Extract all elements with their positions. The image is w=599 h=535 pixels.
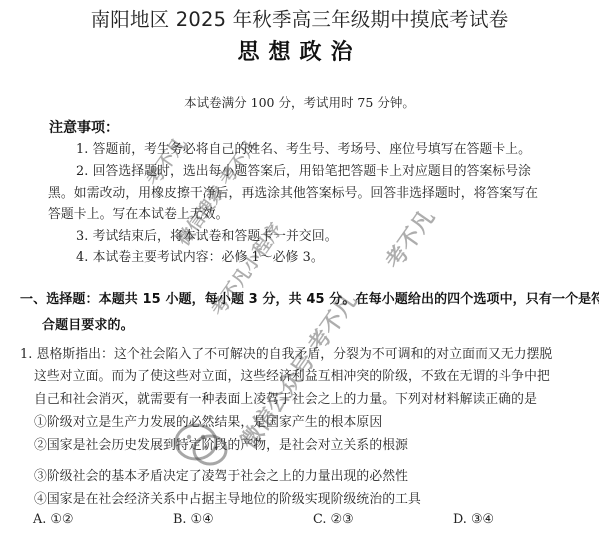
watermark-4: 考不凡 — [377, 203, 440, 275]
score-info: 本试卷满分 100 分，考试用时 75 分钟。 — [0, 93, 599, 111]
statement-4: ④国家是在社会经济关系中占据主导地位的阶级实现阶级统治的工具 — [34, 488, 421, 507]
option-c[interactable]: C. ②③ — [313, 512, 353, 527]
option-b[interactable]: B. ①④ — [173, 512, 213, 527]
question-stem-line-1: 1. 恩格斯指出：这个社会陷入了不可解决的自我矛盾，分裂为不可调和的对立面而又无… — [20, 343, 552, 362]
option-a[interactable]: A. ①② — [33, 512, 73, 527]
notice-line-6: 4. 本试卷主要考试内容：必修 1～必修 3。 — [76, 246, 324, 265]
statement-3: ③阶级社会的基本矛盾决定了凌驾于社会之上的力量出现的必然性 — [34, 465, 408, 484]
option-d[interactable]: D. ③④ — [453, 512, 494, 527]
statement-1: ①阶级对立是生产力发展的必然结果，是国家产生的根本原因 — [34, 411, 382, 430]
statement-2: ②国家是社会历史发展到特定阶段的产物，是社会对立关系的根源 — [34, 434, 408, 453]
exam-title: 南阳地区 2025 年秋季高三年级期中摸底考试卷 — [0, 4, 599, 32]
subject-title: 思想政治 — [0, 35, 599, 66]
notice-line-3: 黑。如需改动，用橡皮擦干净后，再选涂其他答案标号。回答非选择题时，将答案写在 — [48, 182, 538, 201]
question-stem-line-3: 自己和社会消灭，就需要有一种表面上凌驾于社会之上的力量。下列对材料解读正确的是 — [34, 388, 537, 407]
section-heading: 一、选择题：本题共 15 小题，每小题 3 分，共 45 分。在每小题给出的四个… — [20, 288, 599, 307]
notice-line-4: 答题卡上。写在本试卷上无效。 — [48, 203, 229, 222]
exam-page: 南阳地区 2025 年秋季高三年级期中摸底考试卷 思想政治 本试卷满分 100 … — [0, 0, 599, 535]
notice-line-1: 1. 答题前，考生务必将自己的姓名、考生号、考场号、座位号填写在答题卡上。 — [76, 138, 531, 157]
notice-line-2: 2. 回答选择题时，选出每小题答案后，用铅笔把答题卡上对应题目的答案标号涂 — [76, 160, 531, 179]
question-stem-line-2: 这些对立面。而为了使这些对立面，这些经济利益互相冲突的阶级，不致在无谓的斗争中把 — [34, 365, 550, 384]
section-heading-cont: 合题目要求的。 — [42, 314, 134, 333]
notice-title: 注意事项： — [49, 117, 119, 137]
notice-line-5: 3. 考试结束后，将本试卷和答题卡一并交回。 — [76, 225, 338, 244]
